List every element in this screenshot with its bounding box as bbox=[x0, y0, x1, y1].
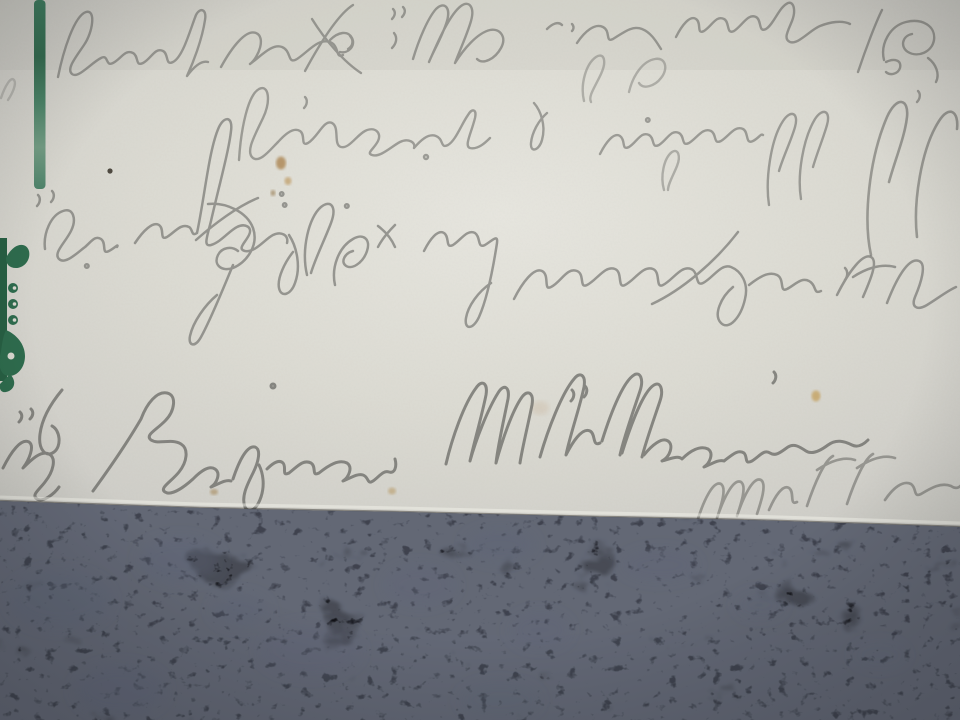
photo-canvas bbox=[0, 0, 960, 720]
postcard-photo bbox=[0, 0, 960, 720]
photo-vignette bbox=[0, 0, 960, 720]
